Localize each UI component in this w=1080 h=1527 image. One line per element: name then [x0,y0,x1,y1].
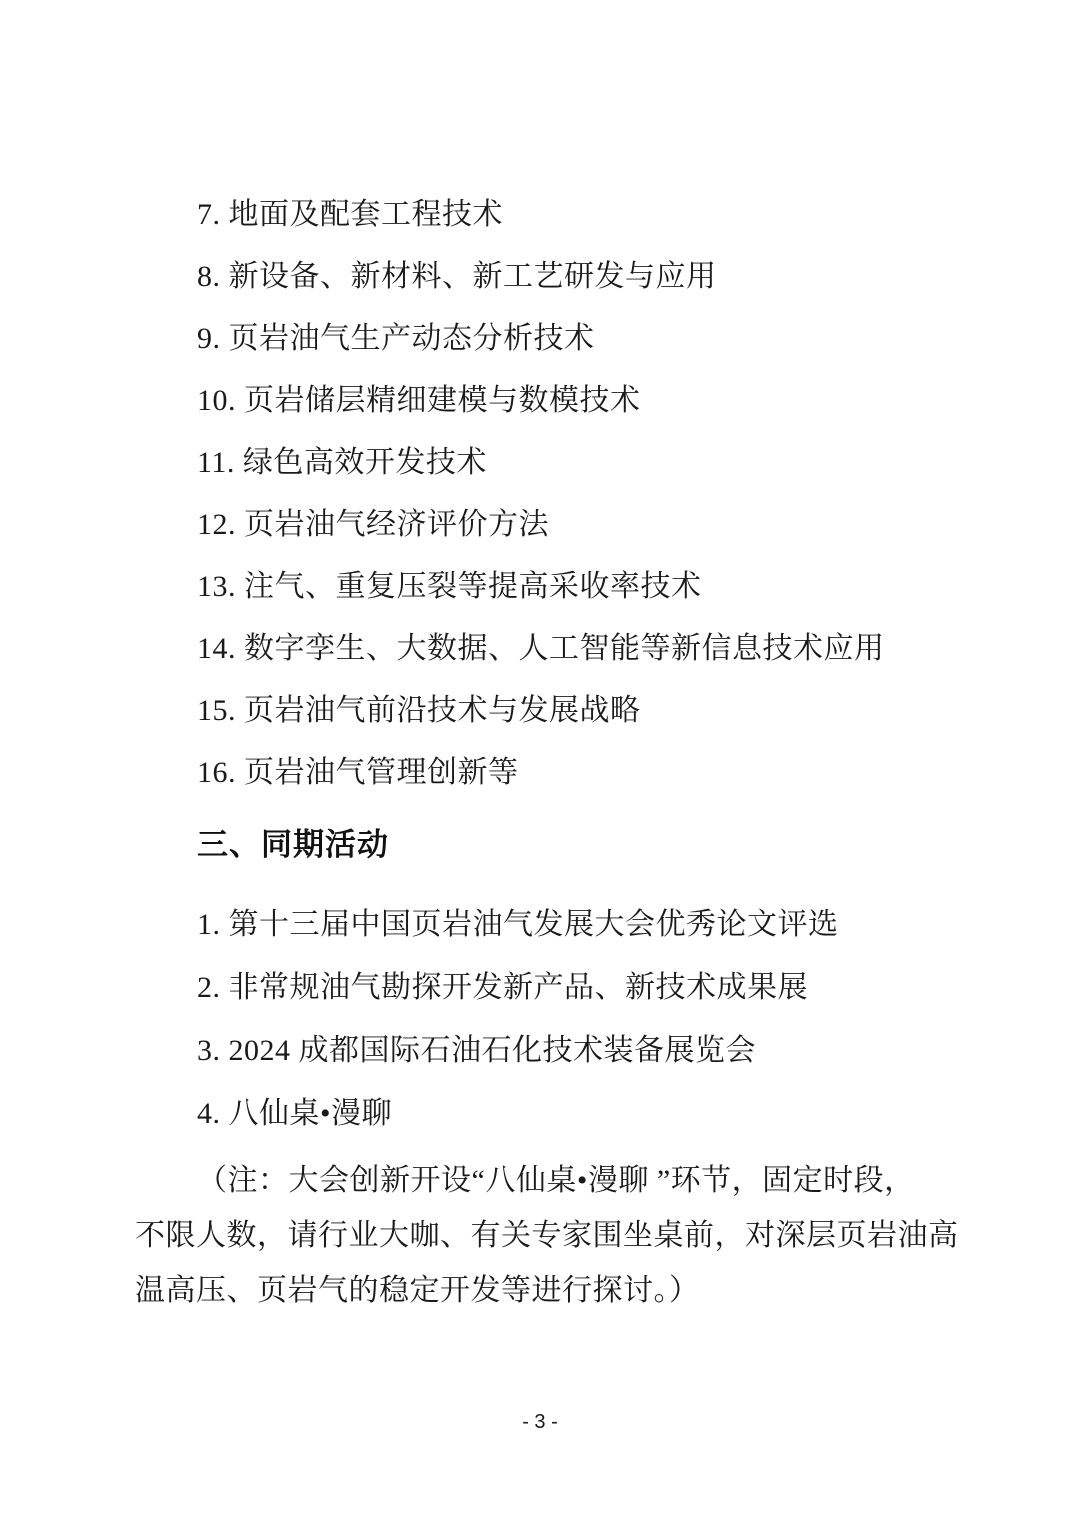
activity-item: 4. 八仙桌•漫聊 [135,1082,945,1145]
topic-item: 10. 页岩储层精细建模与数模技术 [135,370,945,432]
activities-list: 1. 第十三届中国页岩油气发展大会优秀论文评选 2. 非常规油气勘探开发新产品、… [135,893,945,1145]
topics-list: 7. 地面及配套工程技术 8. 新设备、新材料、新工艺研发与应用 9. 页岩油气… [135,184,945,804]
page-content: 7. 地面及配套工程技术 8. 新设备、新材料、新工艺研发与应用 9. 页岩油气… [135,184,945,1318]
page-number: - 3 - [0,1411,1080,1434]
topic-item: 14. 数字孪生、大数据、人工智能等新信息技术应用 [135,618,945,680]
document-page: 7. 地面及配套工程技术 8. 新设备、新材料、新工艺研发与应用 9. 页岩油气… [0,0,1080,1527]
note-line: （注：大会创新开设“八仙桌•漫聊 ”环节，固定时段， [135,1153,945,1208]
topic-item: 16. 页岩油气管理创新等 [135,742,945,804]
topic-item: 7. 地面及配套工程技术 [135,184,945,246]
section-heading: 三、同期活动 [135,814,945,876]
topic-item: 8. 新设备、新材料、新工艺研发与应用 [135,246,945,308]
activity-item: 3. 2024 成都国际石油石化技术装备展览会 [135,1019,945,1082]
activity-item: 2. 非常规油气勘探开发新产品、新技术成果展 [135,956,945,1019]
note-line: 温高压、页岩气的稳定开发等进行探讨。） [135,1263,945,1318]
topic-item: 11. 绿色高效开发技术 [135,432,945,494]
topic-item: 15. 页岩油气前沿技术与发展战略 [135,680,945,742]
topic-item: 9. 页岩油气生产动态分析技术 [135,308,945,370]
topic-item: 12. 页岩油气经济评价方法 [135,494,945,556]
topic-item: 13. 注气、重复压裂等提高采收率技术 [135,556,945,618]
activity-item: 1. 第十三届中国页岩油气发展大会优秀论文评选 [135,893,945,956]
note-paragraph: （注：大会创新开设“八仙桌•漫聊 ”环节，固定时段， 不限人数，请行业大咖、有关… [135,1153,945,1318]
note-line: 不限人数，请行业大咖、有关专家围坐桌前，对深层页岩油高 [135,1208,945,1263]
